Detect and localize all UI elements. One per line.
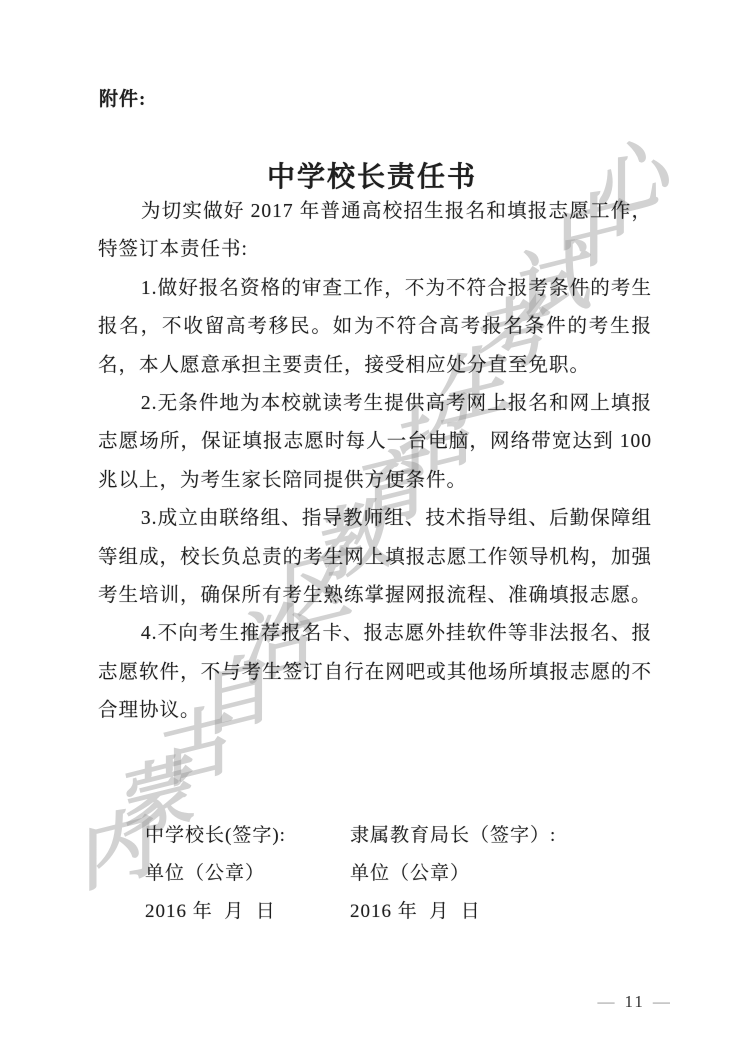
page-number-right-dash: —	[653, 992, 672, 1011]
signature-principal-unit-seal: 单位（公章）	[145, 858, 265, 885]
signature-principal-label: 中学校长(签字):	[145, 820, 286, 847]
paragraph-item-2: 2.无条件地为本校就读考生提供高考网上报名和网上填报志愿场所，保证填报志愿时每人…	[98, 385, 652, 500]
page-number-value: 11	[617, 992, 653, 1011]
page-number: —11—	[560, 972, 672, 1032]
signature-principal-date: 2016 年 月 日	[145, 896, 276, 923]
document-page: 内蒙古自治区教育招生考试中心 附件: 中学校长责任书 为切实做好 2017 年普…	[0, 0, 744, 1053]
paragraph-item-4: 4.不向考生推荐报名卡、报志愿外挂软件等非法报名、报志愿软件，不与考生签订自行在…	[98, 615, 652, 730]
signature-bureau-chief-label: 隶属教育局长（签字）:	[350, 820, 556, 847]
signature-bureau-date: 2016 年 月 日	[350, 896, 481, 923]
paragraph-item-3: 3.成立由联络组、指导教师组、技术指导组、后勤保障组等组成，校长负总责的考生网上…	[98, 500, 652, 615]
page-number-left-dash: —	[598, 992, 617, 1011]
attachment-label: 附件:	[99, 84, 146, 111]
document-body: 为切实做好 2017 年普通高校招生报名和填报志愿工作，特签订本责任书: 1.做…	[98, 193, 652, 731]
paragraph-item-1: 1.做好报名资格的审查工作，不为不符合报考条件的考生报名，不收留高考移民。如为不…	[98, 270, 652, 385]
intro-paragraph: 为切实做好 2017 年普通高校招生报名和填报志愿工作，特签订本责任书:	[98, 193, 652, 270]
document-title: 中学校长责任书	[0, 155, 744, 195]
signature-bureau-unit-seal: 单位（公章）	[350, 858, 470, 885]
